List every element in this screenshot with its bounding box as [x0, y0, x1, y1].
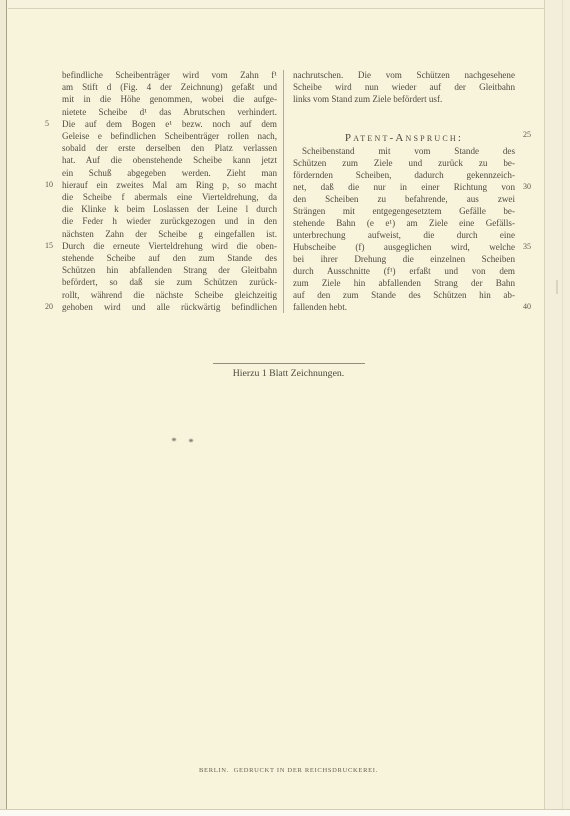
text-line: 30net, daß die nur in einer Richtung von — [293, 181, 515, 193]
line-text: Die auf dem Bogen e¹ bezw. noch auf dem — [62, 119, 277, 129]
text-line: Schützen zum Ziele und zurück zu be- — [293, 157, 515, 169]
line-text: bei ihrer Drehung die einzelnen Scheiben — [293, 254, 515, 264]
line-text: am Stift d (Fig. 4 der Zeichnung) gefaßt… — [62, 82, 277, 92]
margin-line-number: 30 — [523, 182, 531, 192]
text-line: 5Die auf dem Bogen e¹ bezw. noch auf dem — [62, 118, 277, 130]
line-text: die Klinke k beim Loslassen der Leine l … — [62, 204, 277, 214]
line-text: befindliche Scheibenträger wird vom Zahn… — [62, 70, 277, 80]
margin-line-number: 25 — [523, 130, 531, 140]
margin-line-number: 40 — [523, 302, 531, 312]
text-line: stehende Scheibe auf den zum Stande des — [62, 252, 277, 264]
line-text: befördert, so daß sie zum Schützen zurüc… — [62, 277, 277, 287]
line-text: gehoben wird und alle rückwärtig befindl… — [62, 302, 277, 312]
line-text: unterbrechung aufweist, die durch eine — [293, 230, 515, 240]
attachment-note: Hierzu 1 Blatt Zeichnungen. — [62, 368, 515, 379]
line-text: Hubscheibe (f) ausgeglichen wird, welche — [293, 242, 515, 252]
text-line: nietete Scheibe d¹ das Abrutschen verhin… — [62, 106, 277, 118]
line-text: Schützen zum Ziele und zurück zu be- — [293, 158, 515, 168]
text-line: Scheibe wird nun wieder auf der Gleitbah… — [293, 81, 515, 93]
text-line: bei ihrer Drehung die einzelnen Scheiben — [293, 253, 515, 265]
claim-heading: Patent-Anspruch: — [345, 132, 463, 144]
text-line: Scheibenstand mit vom Stande des — [293, 145, 515, 157]
attachment-note-block: Hierzu 1 Blatt Zeichnungen. — [62, 363, 515, 379]
text-line: befördert, so daß sie zum Schützen zurüc… — [62, 276, 277, 288]
line-text: nachrutschen. Die vom Schützen nachgeseh… — [293, 70, 515, 80]
text-line: die Klinke k beim Loslassen der Leine l … — [62, 203, 277, 215]
text-line: 40fallenden hebt. — [293, 301, 515, 313]
line-text: net, daß die nur in einer Richtung von — [293, 182, 515, 192]
line-text: hat. Auf die obenstehende Scheibe kann j… — [62, 155, 277, 165]
text-line: 35Hubscheibe (f) ausgeglichen wird, welc… — [293, 241, 515, 253]
text-line: die Scheibe f abermals eine Vierteldrehu… — [62, 191, 277, 203]
text-line: zum Ziele hin abfallenden Strang der Bah… — [293, 277, 515, 289]
ink-speck — [172, 438, 176, 441]
text-line: fördernden Scheiben, dadurch gekennzeich… — [293, 169, 515, 181]
line-text: fördernden Scheiben, dadurch gekennzeich… — [293, 170, 515, 180]
text-line: mit in die Höhe genommen, wobei die aufg… — [62, 93, 277, 105]
line-text: Durch die erneute Vierteldrehung wird di… — [62, 241, 277, 251]
scanned-patent-page: befindliche Scheibenträger wird vom Zahn… — [0, 0, 570, 816]
text-line: Strängen mit entgegengesetztem Gefälle b… — [293, 205, 515, 217]
line-text: ein Schuß abgegeben werden. Zieht man — [62, 168, 277, 178]
line-text: den Scheiben zu befahrende, aus zwei — [293, 194, 515, 204]
text-line: befindliche Scheibenträger wird vom Zahn… — [62, 69, 277, 81]
page-edge-top — [8, 0, 544, 9]
margin-line-number: 15 — [45, 241, 53, 251]
line-text: Geleise e befindlichen Scheibenträger ro… — [62, 131, 277, 141]
page-edge-bottom — [0, 809, 570, 816]
printer-imprint: BERLIN. GEDRUCKT IN DER REICHSDRUCKEREI. — [62, 767, 515, 774]
ink-speck — [189, 439, 193, 442]
line-text: die Feder h wieder zurückgezogen und in … — [62, 216, 277, 226]
text-line: 20gehoben wird und alle rückwärtig befin… — [62, 301, 277, 313]
page-edge-right — [544, 0, 570, 809]
line-text: mit in die Höhe genommen, wobei die aufg… — [62, 94, 277, 104]
line-text: nietete Scheibe d¹ das Abrutschen verhin… — [62, 107, 277, 117]
line-text: Scheibe wird nun wieder auf der Gleitbah… — [293, 82, 515, 92]
text-line: unterbrechung aufweist, die durch eine — [293, 229, 515, 241]
claim-paragraph: Scheibenstand mit vom Stande des Schütze… — [293, 145, 515, 313]
text-line: 10hierauf ein zweites Mal am Ring p, so … — [62, 179, 277, 191]
line-text: die Scheibe f abermals eine Vierteldrehu… — [62, 192, 277, 202]
text-line: die Feder h wieder zurückgezogen und in … — [62, 215, 277, 227]
text-line: 15Durch die erneute Vierteldrehung wird … — [62, 240, 277, 252]
text-line: durch Ausschnitte (f¹) erfaßt und von de… — [293, 265, 515, 277]
line-text: sobald der erste derselben den Platz ver… — [62, 143, 277, 153]
scan-artifact-mark — [556, 280, 558, 294]
text-line: auf den zum Stande des Schützen hin ab- — [293, 289, 515, 301]
text-line: am Stift d (Fig. 4 der Zeichnung) gefaßt… — [62, 81, 277, 93]
text-line: hat. Auf die obenstehende Scheibe kann j… — [62, 154, 277, 166]
line-text: durch Ausschnitte (f¹) erfaßt und von de… — [293, 266, 515, 276]
page-edge-left — [0, 0, 7, 810]
line-text: hierauf ein zweites Mal am Ring p, so ma… — [62, 180, 277, 190]
left-text-column: befindliche Scheibenträger wird vom Zahn… — [62, 69, 277, 313]
line-text: stehende Scheibe auf den zum Stande des — [62, 253, 277, 263]
text-line: nächsten Zahn der Scheibe g eingefallen … — [62, 228, 277, 240]
margin-line-number: 5 — [45, 119, 49, 129]
margin-line-number: 35 — [523, 242, 531, 252]
line-text: fallenden hebt. — [293, 302, 347, 312]
line-text: stehende Bahn (e e¹) am Ziele eine Gefäl… — [293, 218, 515, 228]
column-divider-rule — [283, 70, 284, 313]
right-text-column-intro: nachrutschen. Die vom Schützen nachgeseh… — [293, 69, 515, 106]
line-text: links vom Stand zum Ziele befördert usf. — [293, 94, 442, 104]
text-line: links vom Stand zum Ziele befördert usf. — [293, 93, 515, 105]
text-line: den Scheiben zu befahrende, aus zwei — [293, 193, 515, 205]
text-line: sobald der erste derselben den Platz ver… — [62, 142, 277, 154]
margin-line-number: 20 — [45, 302, 53, 312]
line-text: Strängen mit entgegengesetztem Gefälle b… — [293, 206, 515, 216]
separator-rule — [213, 363, 365, 364]
line-text: auf den zum Stande des Schützen hin ab- — [293, 290, 515, 300]
line-text: zum Ziele hin abfallenden Strang der Bah… — [293, 278, 515, 288]
margin-line-number: 10 — [45, 180, 53, 190]
text-line: stehende Bahn (e e¹) am Ziele eine Gefäl… — [293, 217, 515, 229]
line-text: Scheibenstand mit vom Stande des — [302, 146, 515, 156]
text-line: rollt, während die nächste Scheibe gleic… — [62, 289, 277, 301]
text-line: Schützen hin abfallenden Strang der Glei… — [62, 264, 277, 276]
claim-heading-row: Patent-Anspruch: 25 — [293, 128, 515, 146]
text-line: Geleise e befindlichen Scheibenträger ro… — [62, 130, 277, 142]
line-text: rollt, während die nächste Scheibe gleic… — [62, 290, 277, 300]
text-line: nachrutschen. Die vom Schützen nachgeseh… — [293, 69, 515, 81]
text-line: ein Schuß abgegeben werden. Zieht man — [62, 167, 277, 179]
line-text: nächsten Zahn der Scheibe g eingefallen … — [62, 229, 277, 239]
line-text: Schützen hin abfallenden Strang der Glei… — [62, 265, 277, 275]
